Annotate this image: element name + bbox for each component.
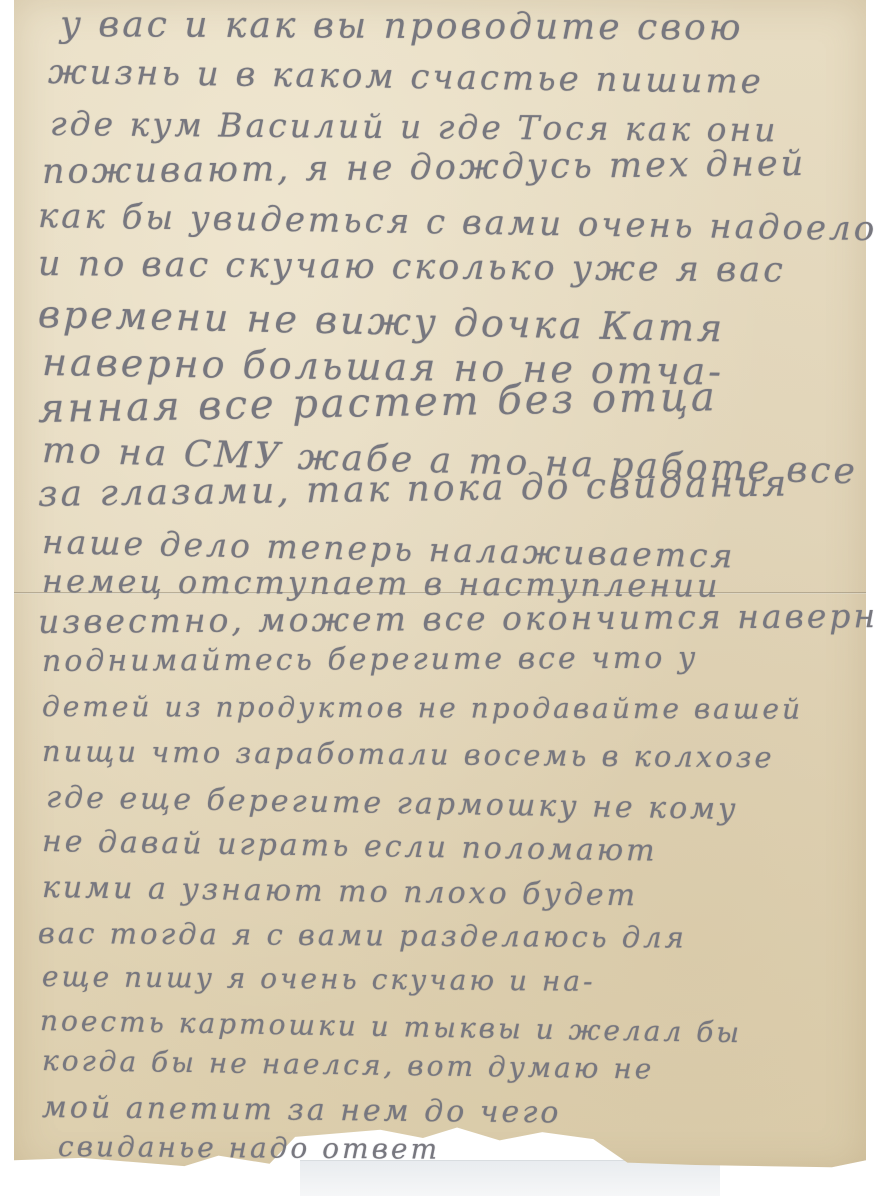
letter-line: детей из продуктов не продавайте вашей <box>42 690 803 726</box>
letter-line: пищи что заработали восемь в колхозе <box>42 734 775 774</box>
letter-line: свиданье надо ответ <box>58 1130 440 1166</box>
letter-line: где кум Василий и где Тося как они <box>50 104 779 149</box>
letter-line: поднимайтесь берегите все что у <box>42 641 699 679</box>
letter-line: мой апетит за нем до чего <box>42 1090 562 1130</box>
scanner-bed-shadow <box>300 1160 720 1196</box>
letter-line: вас тогда я с вами разделаюсь для <box>38 916 687 955</box>
letter-line: известно, может все окончится наверно <box>38 596 877 641</box>
letter-line: и по вас скучаю сколько уже я вас <box>38 244 786 291</box>
letter-line: еще пишу я очень скучаю и на- <box>42 960 596 998</box>
letter-line: поживают, я не дождусь тех дней <box>42 144 807 192</box>
letter-line: у вас и как вы проводите свою <box>60 4 744 49</box>
